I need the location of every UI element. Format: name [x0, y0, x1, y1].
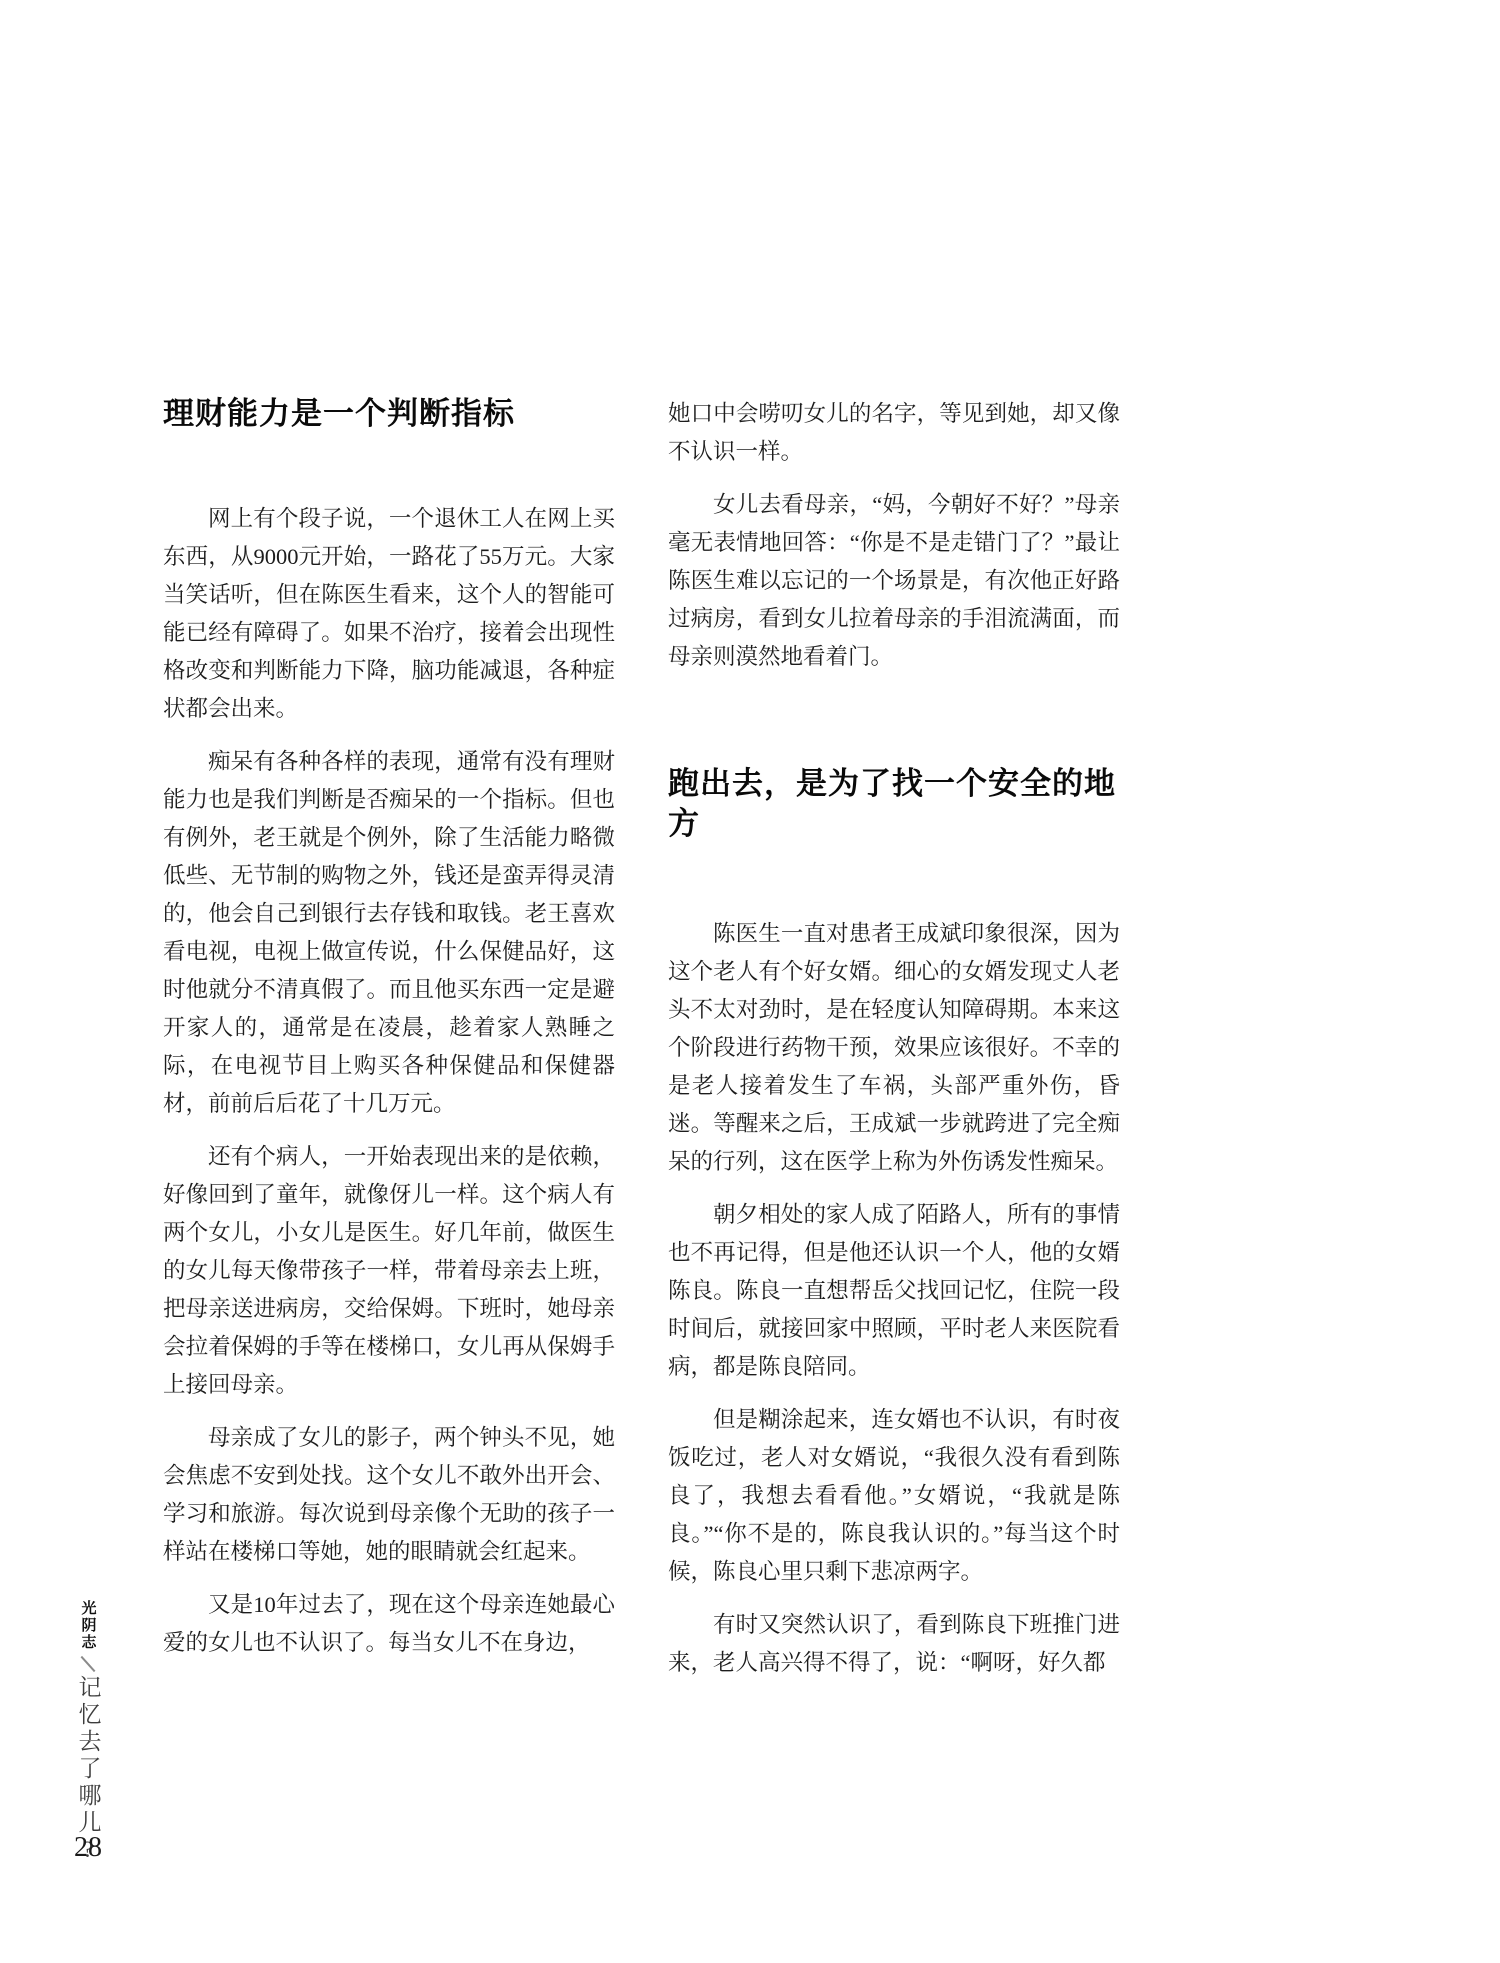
slash-divider-icon	[81, 1656, 96, 1672]
page-number: 28	[66, 1832, 110, 1864]
right-paragraph-3: 但是糊涂起来，连女婿也不认识，有时夜饭吃过，老人对女婿说，“我很久没有看到陈良了…	[668, 1401, 1120, 1591]
section-heading-finance: 理财能力是一个判断指标	[163, 394, 615, 434]
left-paragraph-2: 痴呆有各种各样的表现，通常有没有理财能力也是我们判断是否痴呆的一个指标。但也有例…	[163, 743, 615, 1123]
left-paragraph-1: 网上有个段子说，一个退休工人在网上买东西，从9000元开始，一路花了55万元。大…	[163, 500, 615, 728]
right-continuation-paragraph-2: 女儿去看母亲，“妈，今朝好不好？”母亲毫无表情地回答：“你是不是走错门了？”最让…	[668, 486, 1120, 676]
sidebar: 光阴志 记忆去了哪儿?	[66, 1600, 110, 1866]
left-paragraph-5: 又是10年过去了，现在这个母亲连她最心爱的女儿也不认识了。每当女儿不在身边，	[163, 1586, 615, 1662]
left-paragraph-4: 母亲成了女儿的影子，两个钟头不见，她会焦虑不安到处找。这个女儿不敢外出开会、学习…	[163, 1419, 615, 1571]
magazine-name: 光阴志	[78, 1600, 99, 1651]
right-paragraph-2: 朝夕相处的家人成了陌路人，所有的事情也不再记得，但是他还认识一个人，他的女婿陈良…	[668, 1196, 1120, 1386]
section-heading-run-away: 跑出去，是为了找一个安全的地方	[668, 764, 1120, 844]
left-column: 理财能力是一个判断指标 网上有个段子说，一个退休工人在网上买东西，从9000元开…	[163, 394, 615, 1677]
right-paragraph-1: 陈医生一直对患者王成斌印象很深，因为这个老人有个好女婿。细心的女婿发现丈人老头不…	[668, 915, 1120, 1181]
left-paragraph-3: 还有个病人，一开始表现出来的是依赖，好像回到了童年，就像伢儿一样。这个病人有两个…	[163, 1138, 615, 1404]
right-column: 她口中会唠叨女儿的名字，等见到她，却又像不认识一样。 女儿去看母亲，“妈，今朝好…	[668, 395, 1120, 1697]
right-paragraph-4: 有时又突然认识了，看到陈良下班推门进来，老人高兴得不得了，说：“啊呀，好久都	[668, 1606, 1120, 1682]
magazine-page: 理财能力是一个判断指标 网上有个段子说，一个退休工人在网上买东西，从9000元开…	[0, 0, 1500, 1963]
right-continuation-paragraph-1: 她口中会唠叨女儿的名字，等见到她，却又像不认识一样。	[668, 395, 1120, 471]
